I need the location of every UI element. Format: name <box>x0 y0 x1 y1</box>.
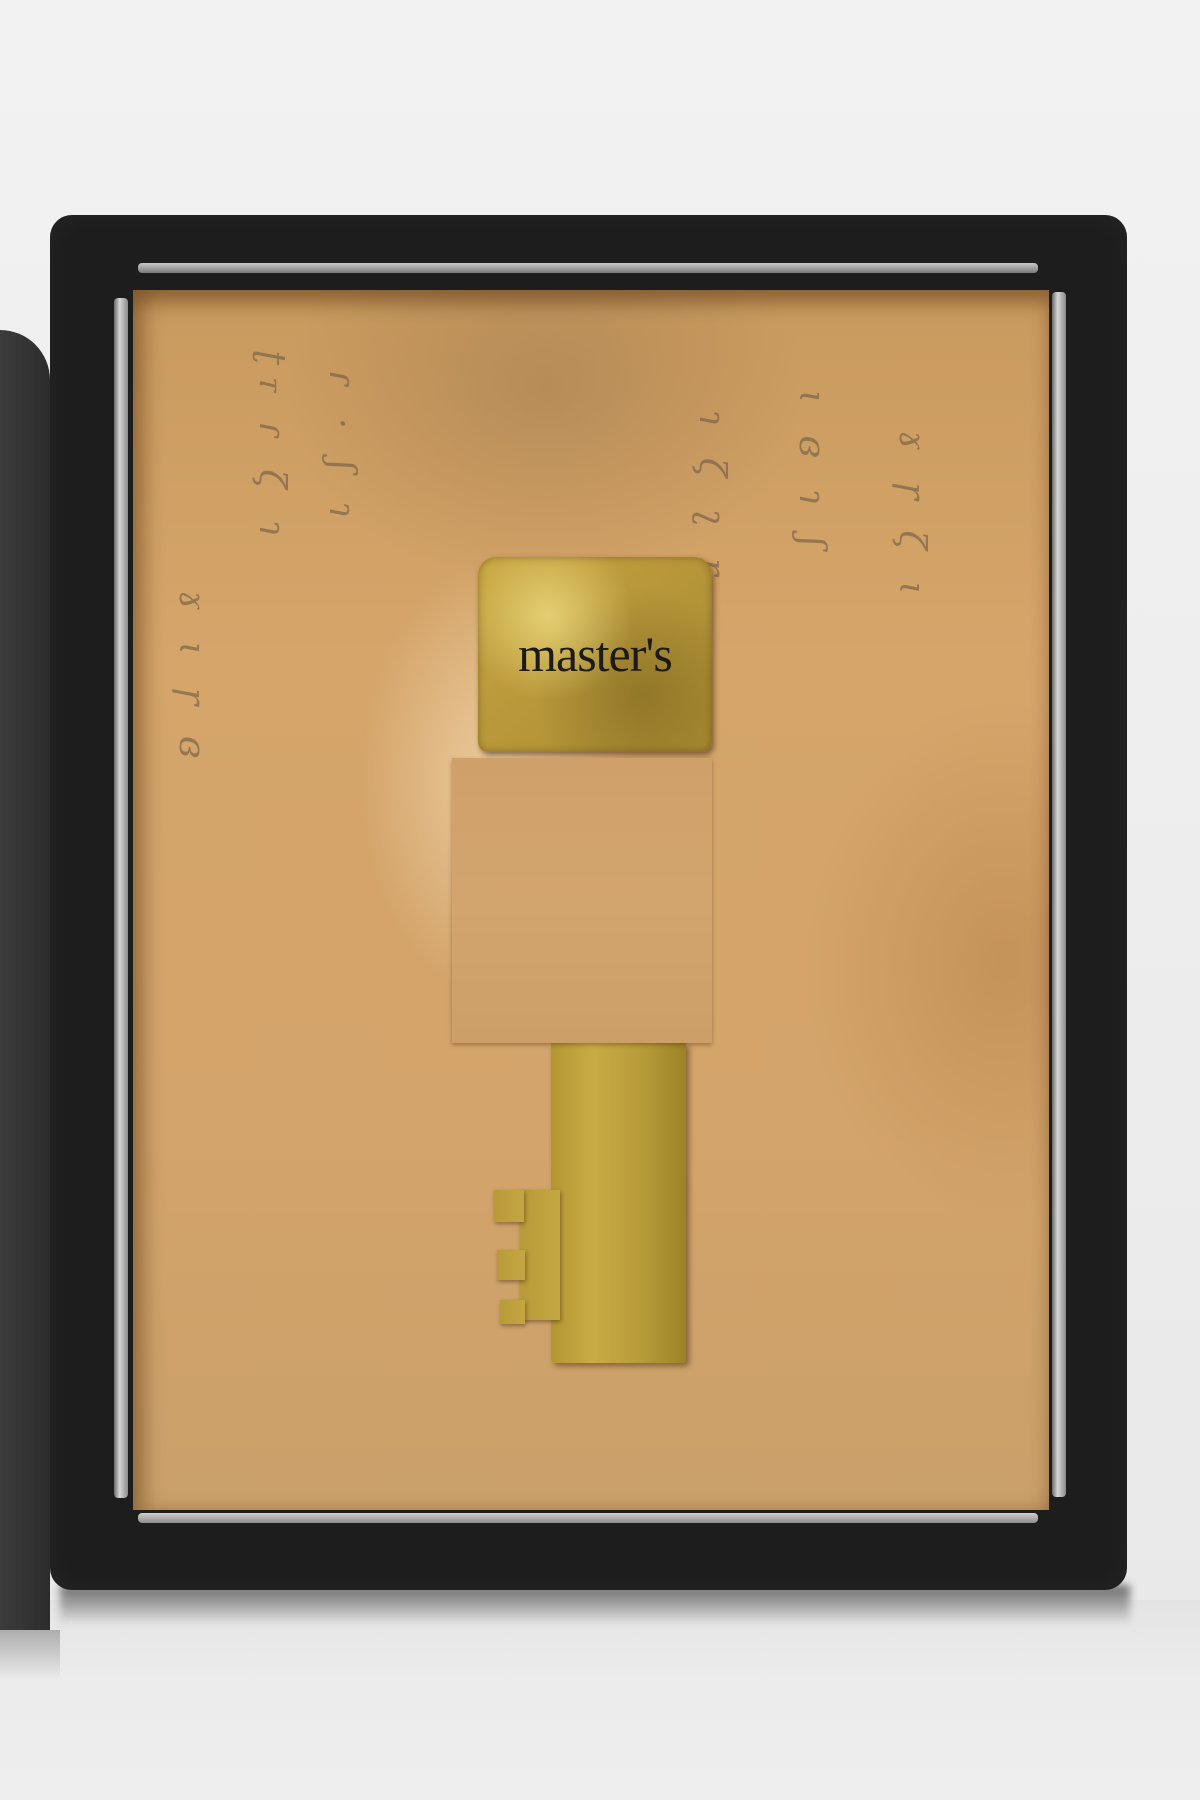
shelf-surface <box>0 1600 1200 1800</box>
paper-band <box>452 758 712 1043</box>
key-blade <box>551 1043 686 1363</box>
handwriting-column: ɩ ɞ ɿ ʃ <box>793 390 829 1250</box>
handwriting-column: ɤ ɼ ζ ɩ <box>893 430 929 1290</box>
metal-rail-top <box>138 263 1038 273</box>
adjacent-frame-shadow <box>0 1630 60 1680</box>
frame-shadow <box>60 1585 1130 1625</box>
key-bit-tooth <box>494 1190 524 1222</box>
metal-rail-right <box>1052 292 1066 1497</box>
key-bit-tooth <box>497 1250 525 1280</box>
metal-rail-left <box>114 298 128 1498</box>
handwriting-column: ʈⲧ ɾ ζ ɿ <box>253 350 289 1050</box>
handwriting-column: ɾ · ʃ ɿ <box>323 370 359 1170</box>
key-bit-tooth <box>500 1300 525 1324</box>
handwriting-column: ɤ ɩ ɼ ɞ <box>173 590 209 1290</box>
key-bit <box>520 1190 560 1320</box>
adjacent-frame-edge <box>0 330 50 1630</box>
key-engraving: master's <box>478 625 712 683</box>
key-head: master's <box>478 557 712 752</box>
metal-rail-bottom <box>138 1513 1038 1523</box>
